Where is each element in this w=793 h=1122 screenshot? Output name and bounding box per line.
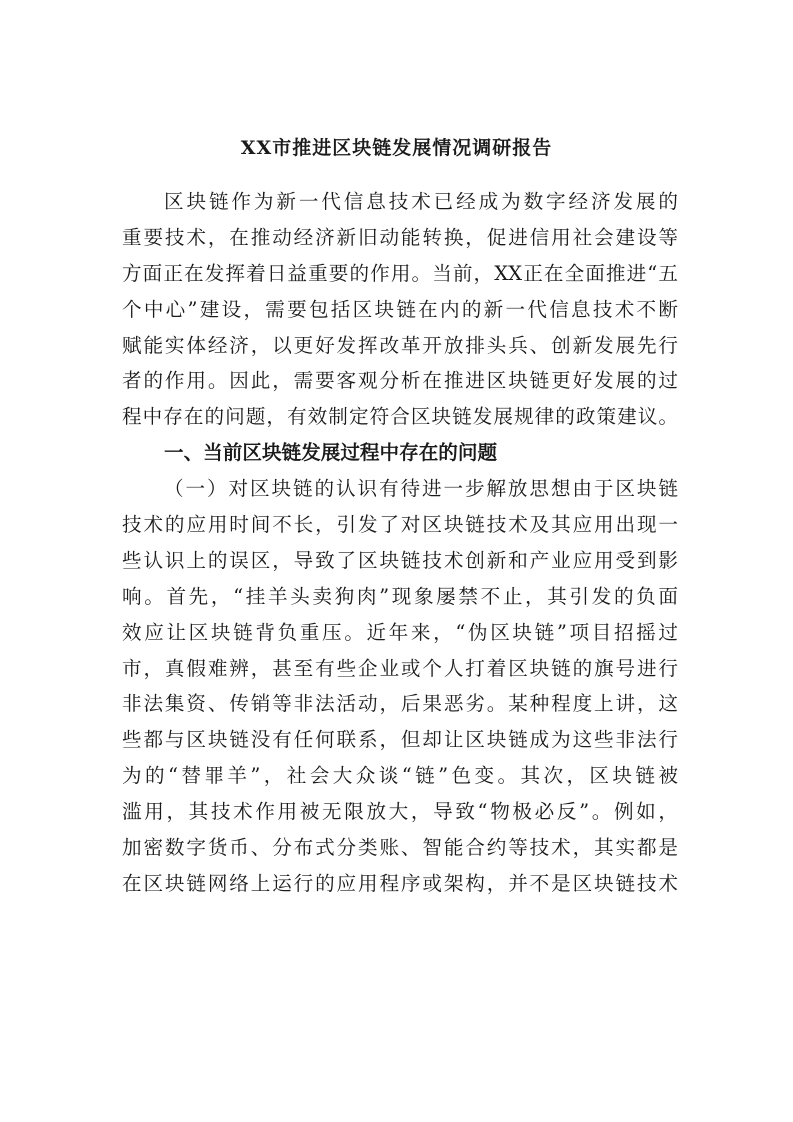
text-line: 区块链作为新一代信息技术已经成为数字经济发展的 bbox=[122, 184, 678, 220]
text-line: 方面正在发挥着日益重要的作用。当前，XX正在全面推进“五 bbox=[122, 256, 678, 292]
text-line: 效应让区块链背负重压。近年来，“伪区块链”项目招摇过 bbox=[122, 615, 678, 651]
document-page: XX市推进区块链发展情况调研报告 区块链作为新一代信息技术已经成为数字经济发展的… bbox=[0, 0, 793, 1122]
text-line: 滥用，其技术作用被无限放大，导致“物极必反”。例如， bbox=[122, 794, 678, 830]
text-line: 加密数字货币、分布式分类账、智能合约等技术，其实都是 bbox=[122, 830, 678, 866]
text-line: 者的作用。因此，需要客观分析在推进区块链更好发展的过 bbox=[122, 363, 678, 399]
document-title: XX市推进区块链发展情况调研报告 bbox=[0, 134, 793, 162]
text-line: 非法集资、传销等非法活动，后果恶劣。某种程度上讲，这 bbox=[122, 686, 678, 722]
text-line: （一）对区块链的认识有待进一步解放思想由于区块链 bbox=[122, 471, 678, 507]
text-line: 市，真假难辨，甚至有些企业或个人打着区块链的旗号进行 bbox=[122, 651, 678, 687]
section-heading: 一、当前区块链发展过程中存在的问题 bbox=[122, 435, 678, 471]
text-line: 赋能实体经济，以更好发挥改革开放排头兵、创新发展先行 bbox=[122, 328, 678, 364]
text-line: 些都与区块链没有任何联系，但却让区块链成为这些非法行 bbox=[122, 722, 678, 758]
text-line: 在区块链网络上运行的应用程序或架构，并不是区块链技术 bbox=[122, 866, 678, 902]
text-line: 为的“替罪羊”，社会大众谈“链”色变。其次，区块链被 bbox=[122, 758, 678, 794]
text-line: 技术的应用时间不长，引发了对区块链技术及其应用出现一 bbox=[122, 507, 678, 543]
text-line: 些认识上的误区，导致了区块链技术创新和产业应用受到影 bbox=[122, 543, 678, 579]
section-paragraph: （一）对区块链的认识有待进一步解放思想由于区块链 技术的应用时间不长，引发了对区… bbox=[122, 471, 678, 902]
text-line: 响。首先，“挂羊头卖狗肉”现象屡禁不止，其引发的负面 bbox=[122, 579, 678, 615]
text-line: 重要技术，在推动经济新旧动能转换，促进信用社会建设等 bbox=[122, 220, 678, 256]
intro-paragraph: 区块链作为新一代信息技术已经成为数字经济发展的 重要技术，在推动经济新旧动能转换… bbox=[122, 184, 678, 435]
text-line: 个中心”建设，需要包括区块链在内的新一代信息技术不断 bbox=[122, 292, 678, 328]
text-line: 程中存在的问题，有效制定符合区块链发展规律的政策建议。 bbox=[122, 399, 678, 435]
document-body: 区块链作为新一代信息技术已经成为数字经济发展的 重要技术，在推动经济新旧动能转换… bbox=[122, 184, 678, 902]
